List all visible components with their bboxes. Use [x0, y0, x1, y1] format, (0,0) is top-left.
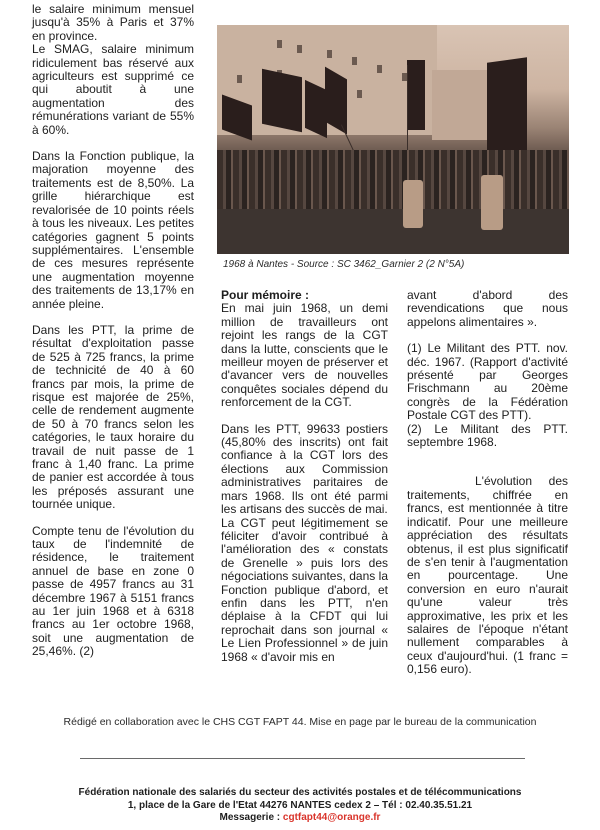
section-heading: Pour mémoire : [221, 289, 388, 302]
paragraph-grenelle: La CGT peut légitimement se féliciter d'… [221, 517, 388, 664]
footer-email-link[interactable]: cgtfapt44@orange.fr [283, 812, 381, 823]
footer-organization: Fédération nationale des salariés du sec… [0, 787, 600, 800]
footnote-2: (2) Le Militant des PTT. septembre 1968. [407, 423, 568, 450]
photo-caption: 1968 à Nantes - Source : SC 3462_Garnier… [223, 259, 464, 270]
paragraph-ptt-primes: Dans les PTT, la prime de résultat d'exp… [32, 324, 194, 512]
column-2: Pour mémoire : En mai juin 1968, un demi… [221, 289, 388, 664]
footer-email-label: Messagerie : [220, 812, 283, 823]
paragraph-elections-cap: Dans les PTT, 99633 postiers (45,80% des… [221, 423, 388, 517]
paragraph-quote-end: avant d'abord des revendications que nou… [407, 289, 568, 329]
paragraph-smag: Le SMAG, salaire minimum ridiculement ba… [32, 43, 194, 137]
paragraph-mai-juin-1968: En mai juin 1968, un demi million de tra… [221, 302, 388, 409]
footer: Fédération nationale des salariés du sec… [0, 787, 600, 825]
footnote-1: (1) Le Militant des PTT. nov. déc. 1967.… [407, 342, 568, 422]
paragraph-smig: le salaire minimum mensuel jusqu'à 35% à… [32, 3, 194, 43]
credit-line: Rédigé en collaboration avec le CHS CGT … [0, 716, 600, 728]
protest-photo [217, 25, 569, 254]
column-1: le salaire minimum mensuel jusqu'à 35% à… [32, 3, 194, 659]
footer-email-row: Messagerie : cgtfapt44@orange.fr [0, 812, 600, 825]
footer-address: 1, place de la Gare de l'Etat 44276 NANT… [0, 800, 600, 813]
paragraph-conversion-note: L'évolution des traitements, chiffrée en… [407, 475, 568, 676]
column-3: avant d'abord des revendications que nou… [407, 289, 568, 677]
paragraph-fonction-publique: Dans la Fonction publique, la majoration… [32, 150, 194, 311]
paragraph-traitement-annuel: Compte tenu de l'évolution du taux de l'… [32, 525, 194, 659]
separator-line [80, 758, 525, 759]
